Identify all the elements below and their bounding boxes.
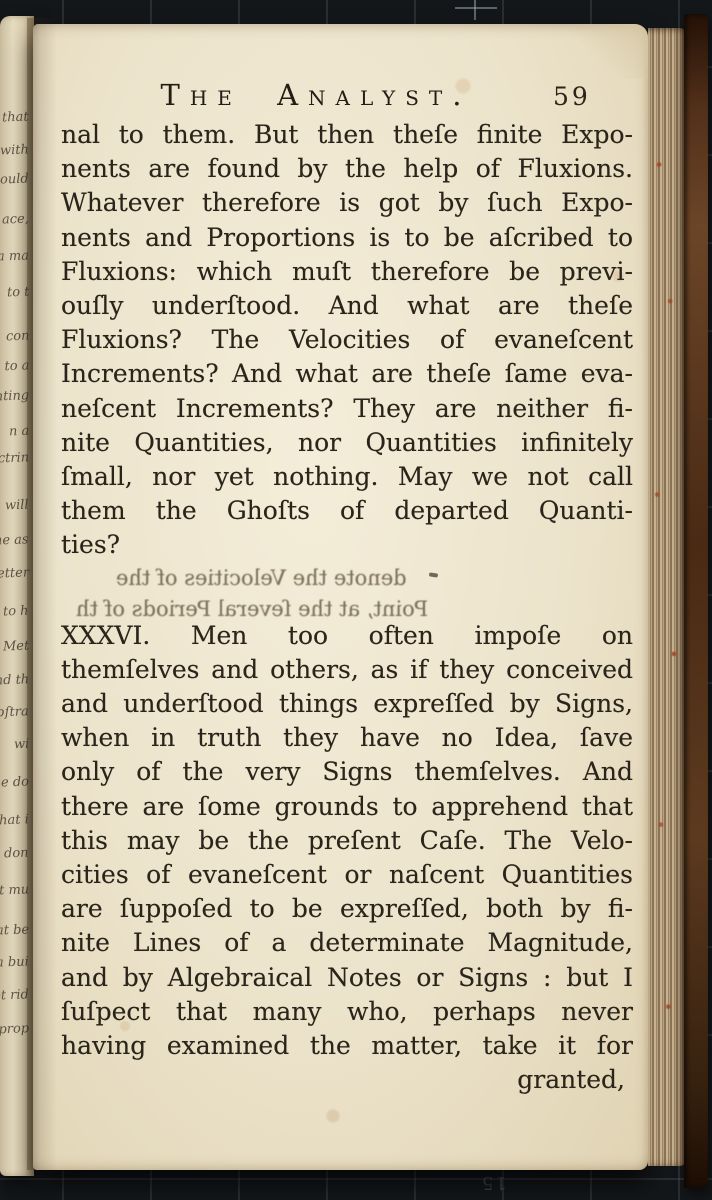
margin-text-fragment: what i [0, 812, 29, 828]
margin-text-fragment: a ma [0, 248, 29, 264]
margin-text-fragment: enting [0, 388, 29, 404]
text-line: nite Quantities, nor Quantities infinite… [61, 426, 633, 460]
text-line: Fluxions? The Velocities of evaneſcent [61, 323, 633, 357]
text-line: ouſly underſtood. And what are theſe [61, 289, 633, 323]
margin-text-fragment: e do [1, 775, 29, 791]
page-number: 59 [553, 82, 591, 111]
margin-text-fragment: octrin [0, 450, 29, 466]
text-line: them the Ghoſts of departed Quanti- [61, 494, 633, 528]
ink-smudge [429, 572, 438, 577]
text-line: there are ſome grounds to apprehend that [61, 790, 633, 824]
ink-bleedthrough-line: denote the Velocities of the [116, 561, 407, 595]
text-line: this may be the preſent Caſe. The Velo- [61, 824, 633, 858]
margin-text-fragment: ot rid [0, 987, 29, 1003]
margin-text-fragment: n a [8, 424, 29, 440]
margin-text-fragment: don [4, 846, 29, 862]
margin-text-fragment: con [5, 329, 29, 345]
text-line: Fluxions: which muſt therefore be previ- [61, 255, 633, 289]
text-line: having examined the matter, take it for [61, 1029, 633, 1063]
margin-text-fragment: a bui [0, 954, 29, 970]
margin-text-fragment: to h [3, 604, 29, 620]
margin-text-fragment: Met [3, 639, 30, 655]
text-line: only of the very Signs themſelves. And [61, 755, 633, 789]
margin-text-fragment: that [2, 110, 29, 126]
book-page: The Analyst. 59 nal to them. But then th… [33, 24, 648, 1170]
text-line: nal to them. But then theſe finite Expo- [61, 118, 633, 152]
running-header-title: The Analyst. [81, 78, 551, 112]
margin-text-fragment: Abſtra [0, 704, 29, 720]
page-corner-curl [568, 24, 648, 79]
mat-ruler-number: 15 [480, 1172, 507, 1193]
catchword: granted, [61, 1063, 633, 1097]
paragraph-continuation: nal to them. But then theſe finite Expo-… [61, 118, 633, 563]
margin-text-fragment: and th [0, 672, 29, 688]
text-line: ſuſpect that many who, perhaps never [61, 995, 633, 1029]
margin-text-fragment: It mu [0, 882, 29, 898]
text-line: are ſuppoſed to be expreſſed, both by fi… [61, 892, 633, 926]
text-line: nents and Proportions is to be aſcribed … [61, 221, 633, 255]
grid-cross-mark [474, 0, 476, 20]
body-text: nal to them. But then theſe finite Expo-… [61, 118, 633, 1097]
margin-text-fragment: wi [13, 737, 29, 753]
paragraph-xxxvi: XXXVI. Men too often impoſe on themſelve… [61, 619, 633, 1064]
ink-bleedthrough-line: Point, at the ſeveral Periods of th [76, 592, 428, 626]
margin-text-fragment: ace, [2, 212, 29, 228]
fore-edge-page-stack [648, 28, 685, 1166]
text-line: cities of evaneſcent or naſcent Quantiti… [61, 858, 633, 892]
text-line: ties? [61, 528, 633, 562]
margin-text-fragment: ould [0, 172, 29, 188]
grid-cross-mark [455, 7, 497, 9]
leather-cover-edge [684, 14, 708, 1188]
text-line: when in truth they have no Idea, ſave [61, 721, 633, 755]
text-line: nite Lines of a determinate Magnitude, [61, 926, 633, 960]
margin-text-fragment: at be [0, 922, 29, 938]
text-line: neſcent Increments? They are neither fi- [61, 392, 633, 426]
text-line: Whatever therefore is got by ſuch Expo- [61, 186, 633, 220]
text-line: Increments? And what are theſe ſame eva- [61, 357, 633, 391]
margin-text-fragment: me as [0, 532, 29, 548]
margin-text-fragment: etter [0, 565, 29, 581]
margin-text-fragment: will [5, 498, 29, 514]
text-line: ſmall, nor yet nothing. May we not call [61, 460, 633, 494]
text-line: nents are found by the help of Fluxions. [61, 152, 633, 186]
text-line: and by Algebraical Notes or Signs : but … [61, 961, 633, 995]
margin-text-fragment: n to a [0, 358, 29, 374]
section-break: denote the Velocities of the Point, at t… [61, 563, 633, 619]
text-line: themſelves and others, as if they concei… [61, 653, 633, 687]
text-line: and underſtood things expreſſed by Signs… [61, 687, 633, 721]
book-scan-photo: 15 that with ould ace, a ma to t con n t… [0, 0, 712, 1200]
margin-text-fragment: d prop [0, 1021, 29, 1037]
margin-text-fragment: with [0, 143, 29, 159]
facing-page-text-fragments: that with ould ace, a ma to t con n to a… [0, 0, 33, 1200]
margin-text-fragment: to t [6, 285, 29, 301]
